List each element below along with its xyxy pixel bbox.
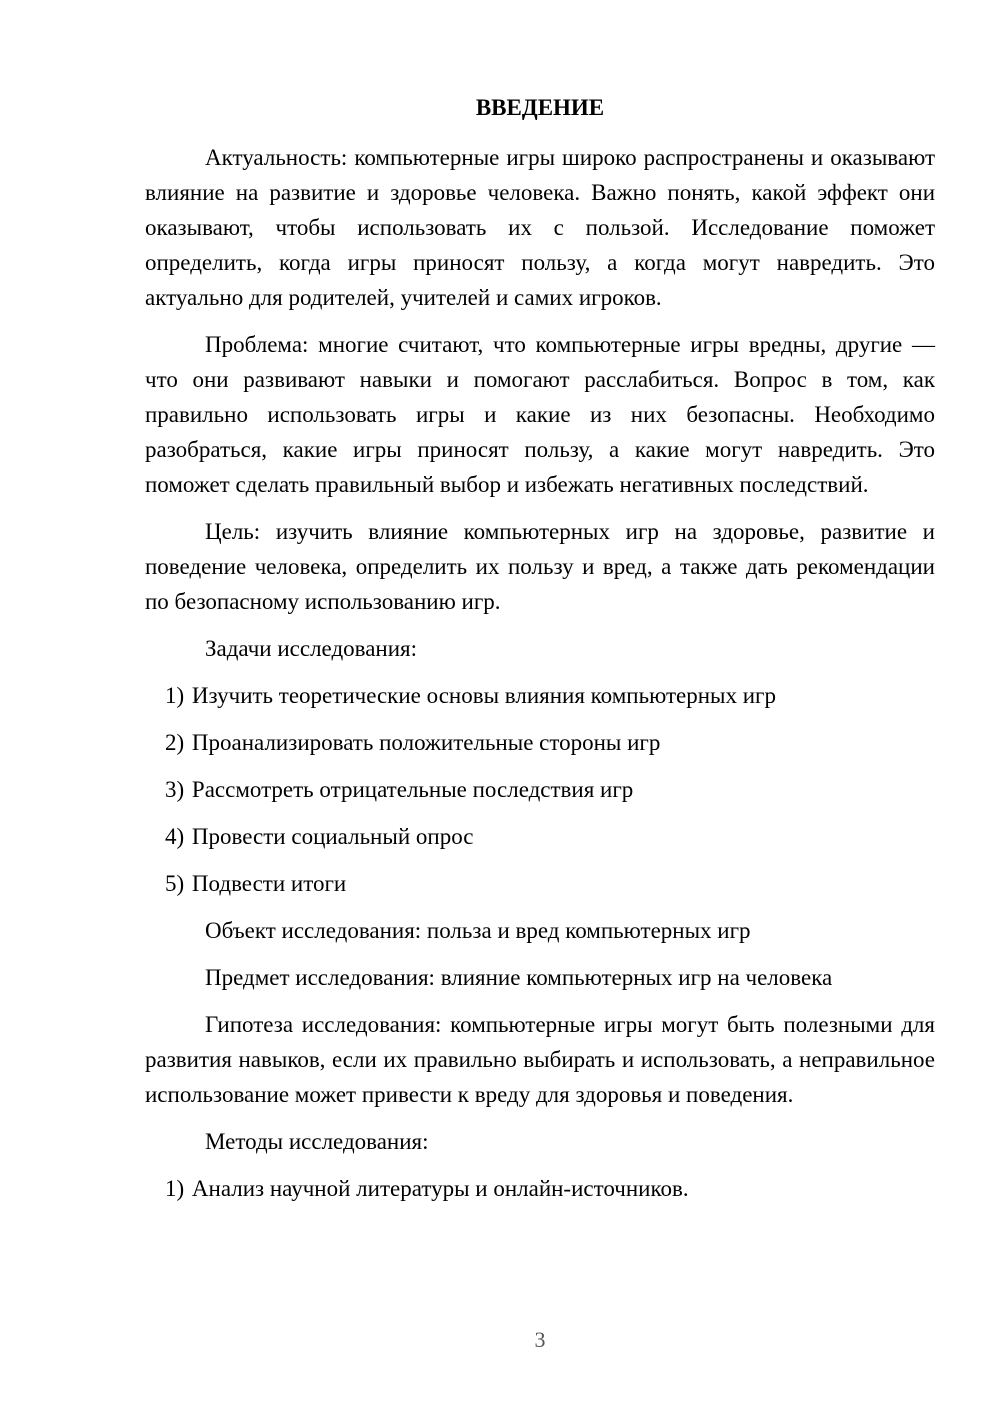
method-item-number: 1) bbox=[165, 1176, 186, 1201]
task-item-text: Подвести итоги bbox=[192, 871, 346, 896]
task-item-number: 1) bbox=[165, 683, 186, 708]
paragraph-problem: Проблема: многие считают, что компьютерн… bbox=[145, 327, 935, 502]
task-item-text: Провести социальный опрос bbox=[192, 824, 474, 849]
document-page: ВВЕДЕНИЕ Актуальность: компьютерные игры… bbox=[0, 0, 1000, 1414]
task-item: 1) Изучить теоретические основы влияния … bbox=[145, 678, 935, 713]
paragraph-subject: Предмет исследования: влияние компьютерн… bbox=[145, 960, 935, 995]
task-item-number: 2) bbox=[165, 730, 186, 755]
tasks-heading: Задачи исследования: bbox=[145, 631, 935, 666]
task-item: 4) Провести социальный опрос bbox=[145, 819, 935, 854]
task-item-number: 3) bbox=[165, 777, 186, 802]
task-item: 3) Рассмотреть отрицательные последствия… bbox=[145, 772, 935, 807]
paragraph-object: Объект исследования: польза и вред компь… bbox=[145, 913, 935, 948]
paragraph-goal: Цель: изучить влияние компьютерных игр н… bbox=[145, 514, 935, 619]
task-item: 2) Проанализировать положительные сторон… bbox=[145, 725, 935, 760]
method-item-text: Анализ научной литературы и онлайн-источ… bbox=[192, 1176, 689, 1201]
paragraph-hypothesis: Гипотеза исследования: компьютерные игры… bbox=[145, 1007, 935, 1112]
task-item: 5) Подвести итоги bbox=[145, 866, 935, 901]
task-item-text: Проанализировать положительные стороны и… bbox=[192, 730, 660, 755]
task-item-text: Рассмотреть отрицательные последствия иг… bbox=[192, 777, 633, 802]
methods-heading: Методы исследования: bbox=[145, 1124, 935, 1159]
task-item-text: Изучить теоретические основы влияния ком… bbox=[192, 683, 776, 708]
page-title: ВВЕДЕНИЕ bbox=[145, 90, 935, 125]
method-item: 1) Анализ научной литературы и онлайн-ис… bbox=[145, 1171, 935, 1206]
task-item-number: 5) bbox=[165, 871, 186, 896]
task-item-number: 4) bbox=[165, 824, 186, 849]
paragraph-relevance: Актуальность: компьютерные игры широко р… bbox=[145, 140, 935, 315]
page-number: 3 bbox=[145, 1322, 935, 1357]
